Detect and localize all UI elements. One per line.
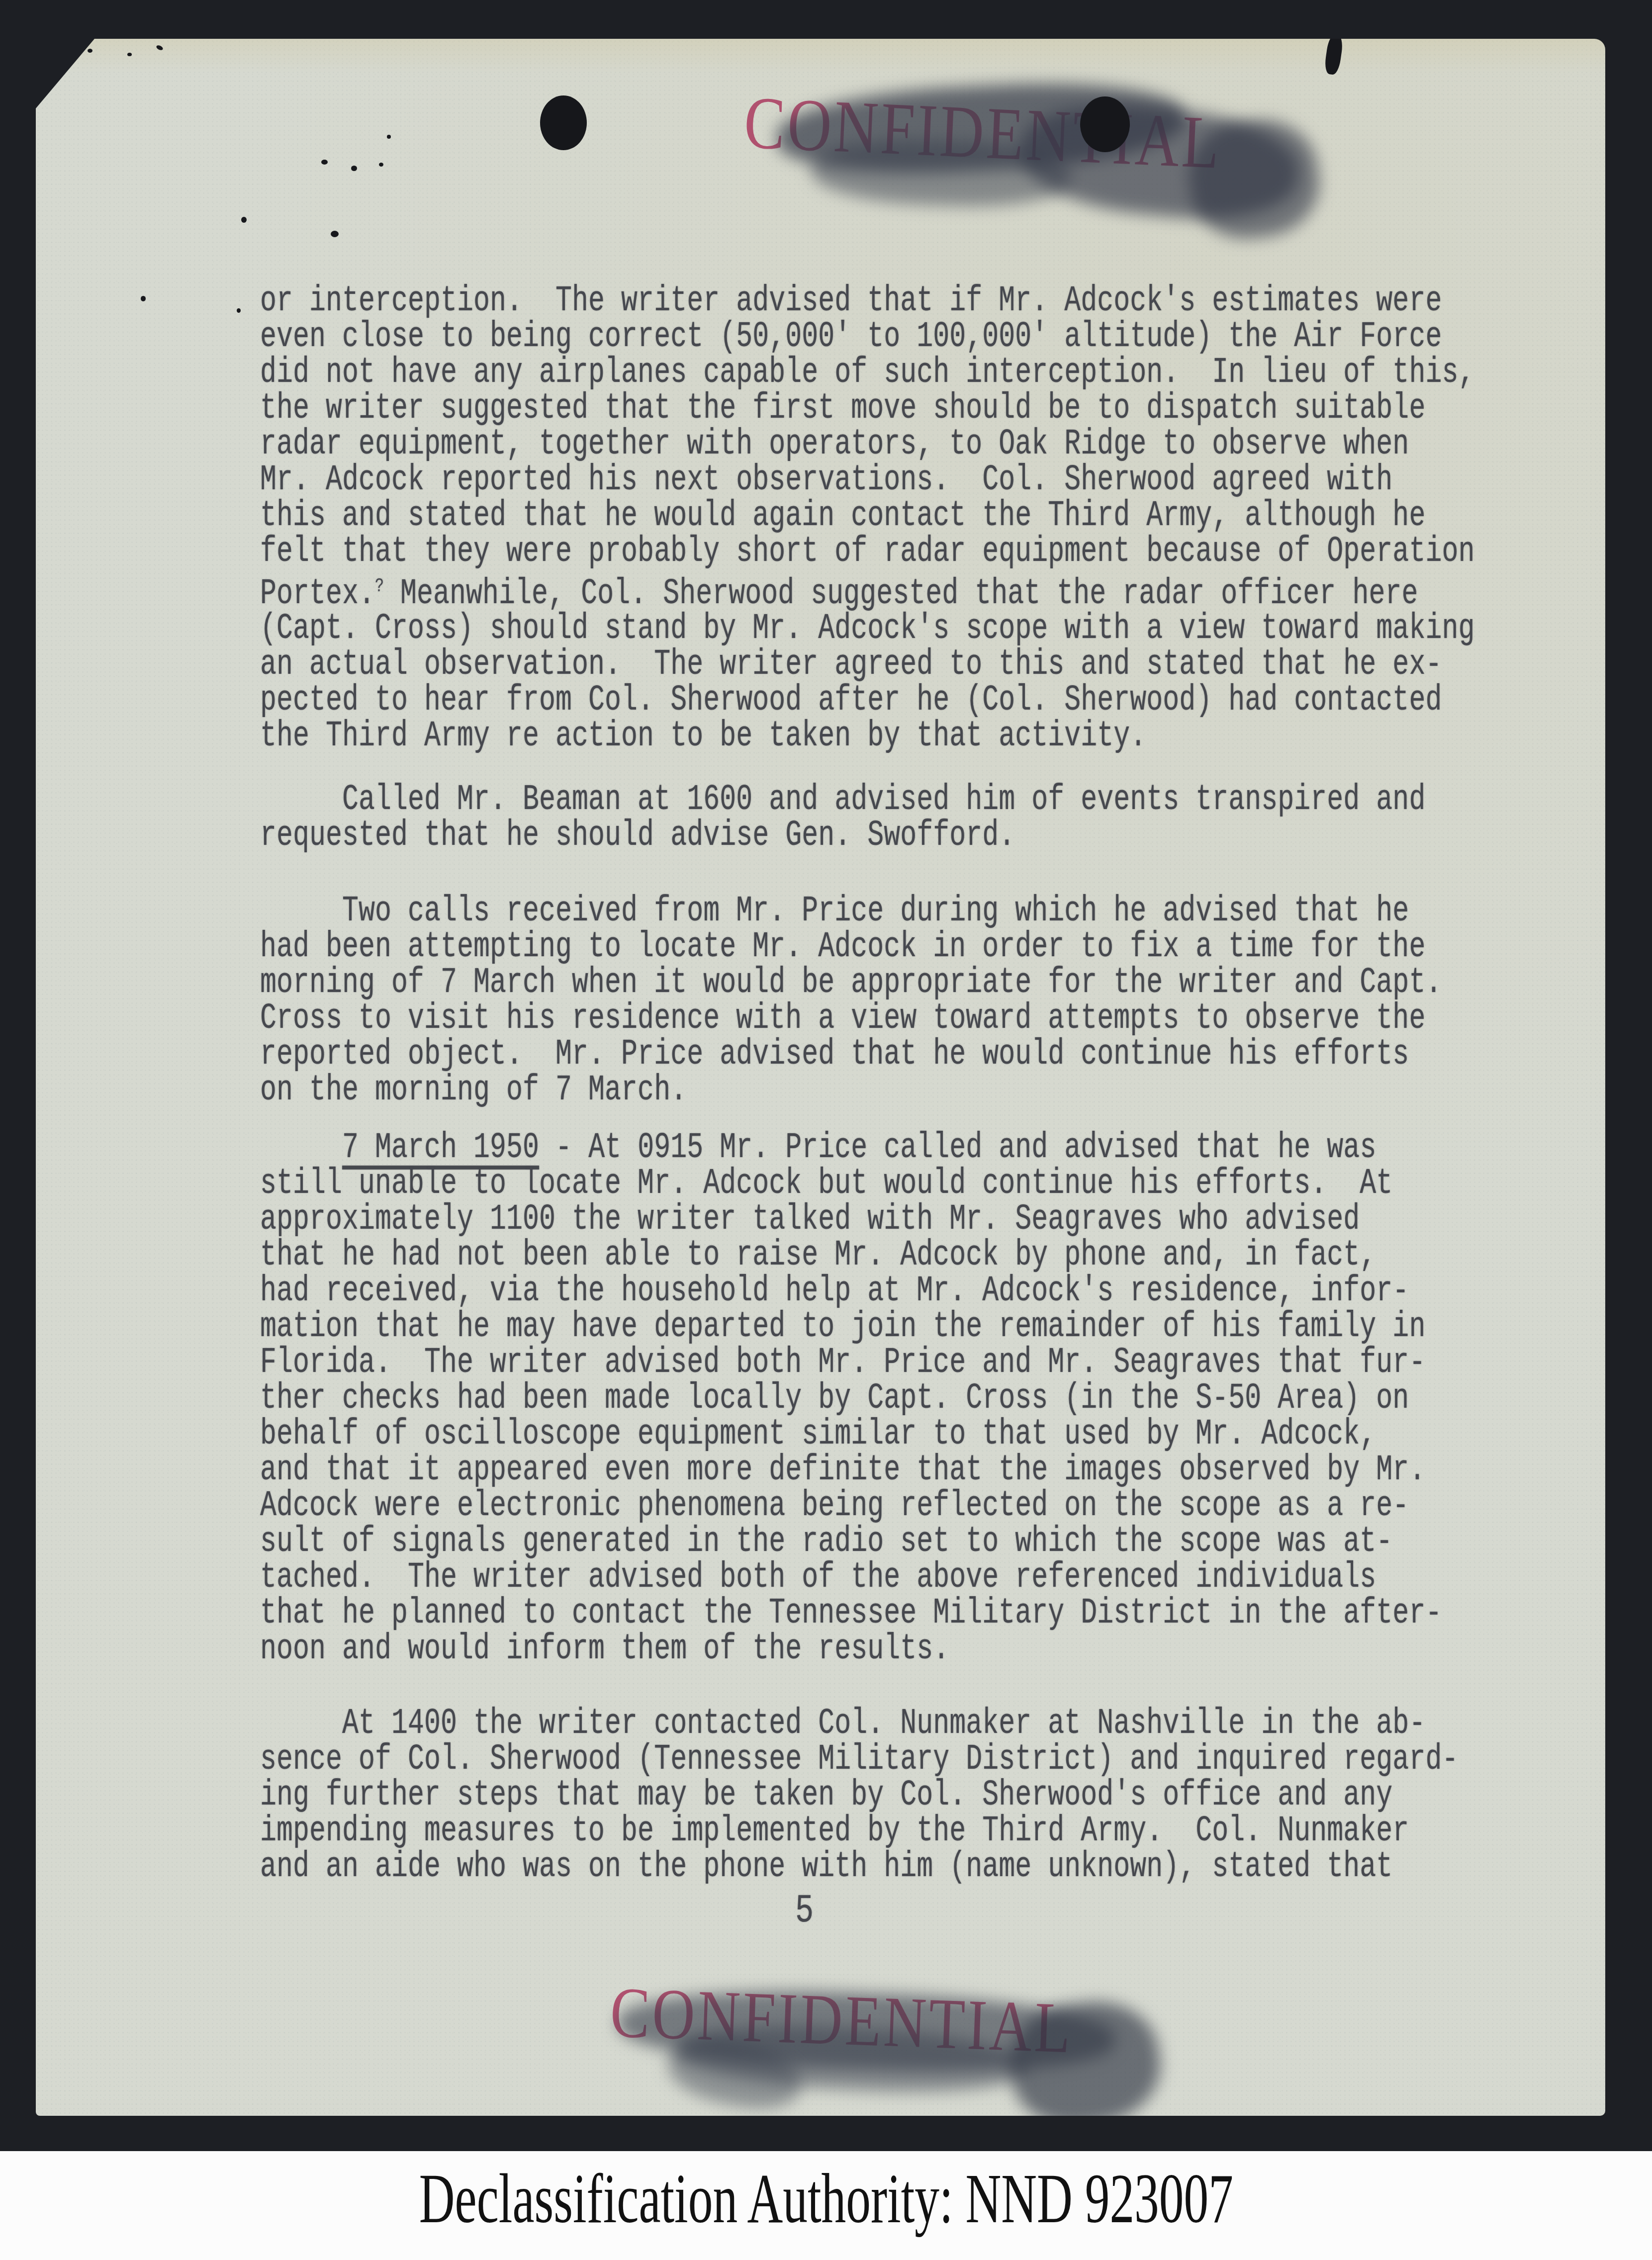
paper-speck — [331, 231, 339, 237]
text-line: on the morning of 7 March. — [260, 1067, 1553, 1114]
hole-punch-right — [1080, 96, 1130, 152]
paper-speck — [387, 135, 391, 139]
paragraph: Two calls received from Mr. Price during… — [260, 894, 1553, 1108]
typewritten-text: or interception. The writer advised that… — [260, 283, 1553, 1929]
paper-speck — [321, 160, 328, 165]
page-number: 5 — [260, 1888, 1553, 1934]
paper-speck — [141, 296, 146, 301]
paragraph: 7 March 1950 - At 0915 Mr. Price called … — [260, 1130, 1553, 1667]
declassification-banner: Declassification Authority: NND 923007 — [0, 2151, 1652, 2260]
paper-speck — [88, 49, 92, 53]
paragraph: At 1400 the writer contacted Col. Nunmak… — [260, 1706, 1553, 1885]
paragraph: or interception. The writer advised that… — [260, 283, 1553, 754]
paragraph: Called Mr. Beaman at 1600 and advised hi… — [260, 782, 1553, 854]
text-line: requested that he should advise Gen. Swo… — [260, 813, 1553, 859]
paper-speck — [351, 166, 357, 171]
text-line: the Third Army re action to be taken by … — [260, 713, 1553, 760]
paper-speck — [237, 308, 241, 313]
paper-speck — [156, 44, 164, 51]
paper-tear — [1324, 34, 1344, 75]
document-page: CONFIDENTIAL or interception. The writer… — [36, 39, 1605, 2116]
paper-speck — [241, 217, 247, 223]
scanned-document-image: CONFIDENTIAL or interception. The writer… — [0, 0, 1652, 2260]
text-line: and an aide who was on the phone with hi… — [260, 1844, 1553, 1891]
paper-speck — [379, 163, 383, 167]
text-line: noon and would inform them of the result… — [260, 1626, 1553, 1673]
paper-speck — [127, 53, 132, 56]
hole-punch-left — [540, 95, 587, 150]
declassification-authority-text: Declassification Authority: NND 923007 — [419, 2158, 1233, 2260]
paragraphs: or interception. The writer advised that… — [260, 283, 1553, 1885]
